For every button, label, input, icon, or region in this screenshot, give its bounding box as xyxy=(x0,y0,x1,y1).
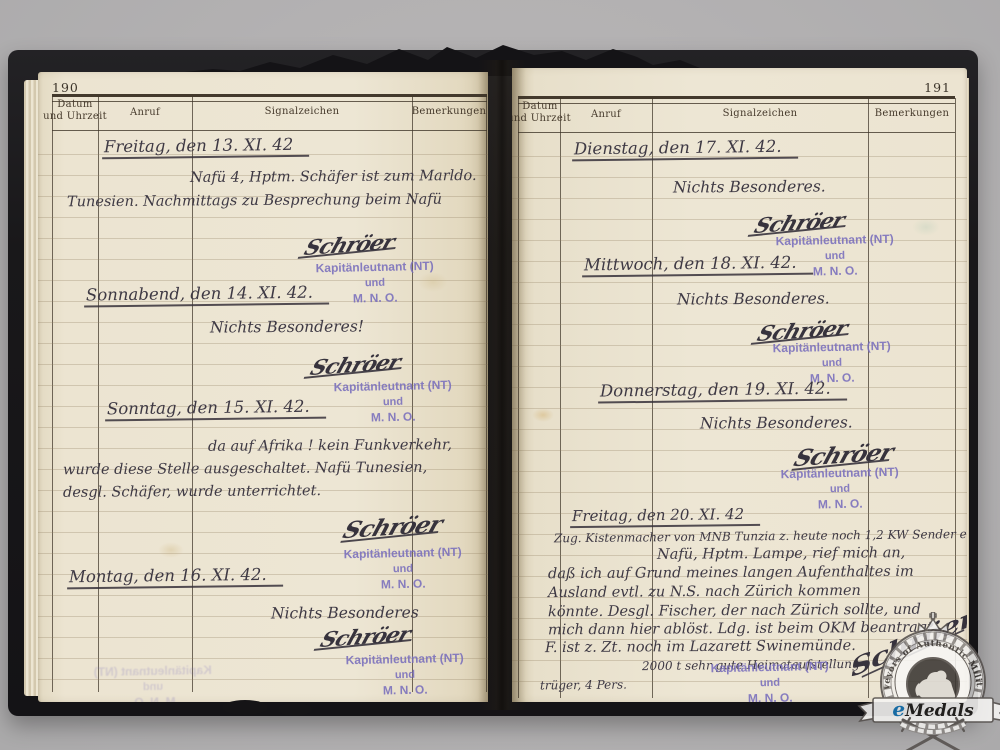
entry-line: daß ich auf Grund meines langen Aufentha… xyxy=(548,564,914,583)
emedals-watermark: Purveyors of Authentic Militaria eMedals xyxy=(853,612,1000,750)
entry-line: wurde diese Stelle ausgeschaltet. Nafü T… xyxy=(63,460,427,479)
signature: Schröer xyxy=(327,510,458,542)
column-header-anruf: Anruf xyxy=(566,109,646,120)
page-stain xyxy=(532,408,554,422)
column-header-signalzeichen: Signalzeichen xyxy=(222,106,382,117)
entry-date: Donnerstag, den 19. XI. 42. xyxy=(598,378,847,403)
column-header-datum: Datum xyxy=(512,101,568,112)
entry-line: Zug. Kistenmacher von MNB Tunzia z. heut… xyxy=(554,527,967,546)
entry-line: Nichts Besonderes. xyxy=(673,177,826,196)
signature: Schröer xyxy=(291,348,421,378)
stamp-line: M. N. O. xyxy=(320,681,488,700)
entry-line: desgl. Schäfer, wurde unterrichtet. xyxy=(63,483,321,501)
page-edges-left xyxy=(24,80,39,696)
table-line xyxy=(486,96,487,692)
badge-graphic: Purveyors of Authentic Militaria eMedals xyxy=(853,612,1000,750)
entry-line: trüger, 4 Pers. xyxy=(540,678,627,693)
officer-stamp: Kapitänleutnant (NT) und M. N. O. xyxy=(308,377,479,427)
table-line xyxy=(98,96,99,692)
stamp-line: M. N. O. xyxy=(318,575,488,594)
entry-date: Sonnabend, den 14. XI. 42. xyxy=(84,283,329,308)
page-number: 191 xyxy=(924,80,951,95)
officer-stamp: Kapitänleutnant (NT) und M. N. O. xyxy=(755,464,926,514)
watermark-brand: eMedals xyxy=(892,697,974,721)
entry-date: Sonntag, den 15. XI. 42. xyxy=(105,397,326,422)
column-header-datum: Datum xyxy=(45,99,105,110)
column-header-bemerkungen: Bemerkungen xyxy=(409,106,488,117)
entry-line: Nafü, Hptm. Lampe, rief mich an, xyxy=(657,545,905,563)
officer-stamp: Kapitänleutnant (NT) und M. N. O. xyxy=(320,650,488,700)
entry-date: Mittwoch, den 18. XI. 42. xyxy=(582,253,813,278)
table-line xyxy=(955,98,956,698)
stamp-line: M. N. O. xyxy=(308,408,478,427)
column-header-anruf: Anruf xyxy=(105,107,185,118)
stamp-line: M. N. O. xyxy=(755,495,925,514)
entry-date: Freitag, den 20. XI. 42 xyxy=(570,505,760,528)
column-header-signalzeichen: Signalzeichen xyxy=(680,108,840,119)
officer-stamp: Kapitänleutnant (NT) und M. N. O. xyxy=(318,544,488,594)
entry-date: Dienstag, den 17. XI. 42. xyxy=(572,137,798,162)
cover-wear xyxy=(278,703,312,716)
entry-line: Ausland evtl. zu N.S. nach Zürich kommen xyxy=(548,583,861,601)
table-line xyxy=(52,96,53,692)
table-top-rule xyxy=(518,96,955,104)
entry-date: Montag, den 16. XI. 42. xyxy=(67,565,283,590)
bleed-through-stamp: Kapitänleutnant (NT) und M. N. O. xyxy=(68,663,239,702)
officer-stamp: Kapitänleutnant (NT) und M. N. O. xyxy=(685,658,856,702)
entry-line: Nichts Besonderes. xyxy=(677,289,830,308)
entry-line: Nichts Besonderes! xyxy=(210,317,364,336)
table-top-rule xyxy=(52,94,487,102)
signature: Schröer xyxy=(735,206,865,236)
column-header-uhrzeit: und Uhrzeit xyxy=(38,111,112,122)
table-header-rule xyxy=(518,132,955,133)
photo-backdrop: { "colors":{"background":"#b3b1b2","cove… xyxy=(0,0,1000,750)
right-page: 191 Datum und Uhrzeit Anruf Signalzeiche… xyxy=(512,68,967,702)
left-page: 190 Datum und Uhrzeit Anruf Signalzeiche… xyxy=(38,72,488,702)
page-stain xyxy=(158,542,184,558)
table-line xyxy=(518,98,519,698)
entry-line: da auf Afrika ! kein Funkverkehr, xyxy=(208,437,452,455)
entry-line: Nichts Besonderes. xyxy=(700,413,853,432)
entry-line: Nichts Besonderes xyxy=(271,603,419,622)
entry-line: Nafü 4, Hptm. Schäfer ist zum Marldo. xyxy=(190,168,477,186)
column-header-bemerkungen: Bemerkungen xyxy=(872,108,952,119)
cover-wear xyxy=(222,700,268,715)
signature: Schröer xyxy=(285,228,415,258)
entry-line: Tunesien. Nachmittags zu Besprechung bei… xyxy=(67,192,442,211)
entry-line: F. ist z. Zt. noch im Lazarett Swinemünd… xyxy=(545,638,856,656)
table-header-rule xyxy=(52,130,487,131)
page-number: 190 xyxy=(52,80,79,95)
entry-date: Freitag, den 13. XI. 42 xyxy=(102,135,310,160)
